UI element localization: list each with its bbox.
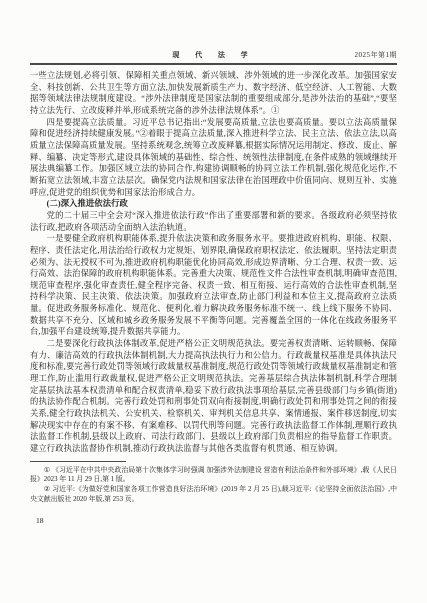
footnote-text: 习近平:《为做好党和国家各项工作营造良好法治环境》(2019 年 2 月 25 … [30,486,397,503]
journal-page: 现 代 法 学 2025年第1期 一些立法规划,必将引领、保障相关重点领域、新兴… [0,0,427,603]
journal-title: 现 代 法 学 [30,50,397,60]
body-paragraph: 一是要健全政府机构职能体系,提升依法决策和政务服务水平。要推进政府机构、职能、权… [30,233,397,338]
body-paragraph: 四是要提高立法质量。习近平总书记指出:“发展要高质量,立法也要高质量。要以立法高… [30,117,397,199]
body-paragraph: 党的二十届三中全会对“深入推进依法行政”作出了重要部署和新的要求。各级政府必须坚… [30,210,397,233]
footnote-text: 《习近平在中共中央政治局第十次集体学习时强调 加强涉外法制建设 营造有利法治条件… [30,467,397,484]
header-rule [30,63,397,65]
footnote-item: ①《习近平在中共中央政治局第十次集体学习时强调 加强涉外法制建设 营造有利法治条… [30,466,397,486]
footnote-separator [30,461,126,462]
article-body: 一些立法规划,必将引领、保障相关重点领域、新兴领域、涉外领域的进一步深化改革。加… [30,70,397,455]
page-number: 18 [30,516,397,525]
footnote-marker: ② [44,486,50,493]
section-subheading: (二)深入推进依法行政 [30,198,397,210]
footnote-item: ②习近平:《为做好党和国家各项工作营造良好法治环境》(2019 年 2 月 25… [30,485,397,505]
body-paragraph-continuation: 一些立法规划,必将引领、保障相关重点领域、新兴领域、涉外领域的进一步深化改革。加… [30,70,397,117]
footnotes: ①《习近平在中共中央政治局第十次集体学习时强调 加强涉外法制建设 营造有利法治条… [30,466,397,505]
issue-label: 2025年第1期 [355,50,398,60]
footnote-marker: ① [44,467,50,474]
body-paragraph: 二是要深化行政执法体制改革,促进严格公正文明规范执法。要完善权责清晰、运转顺畅、… [30,338,397,455]
running-head: 现 代 法 学 2025年第1期 [30,50,397,60]
